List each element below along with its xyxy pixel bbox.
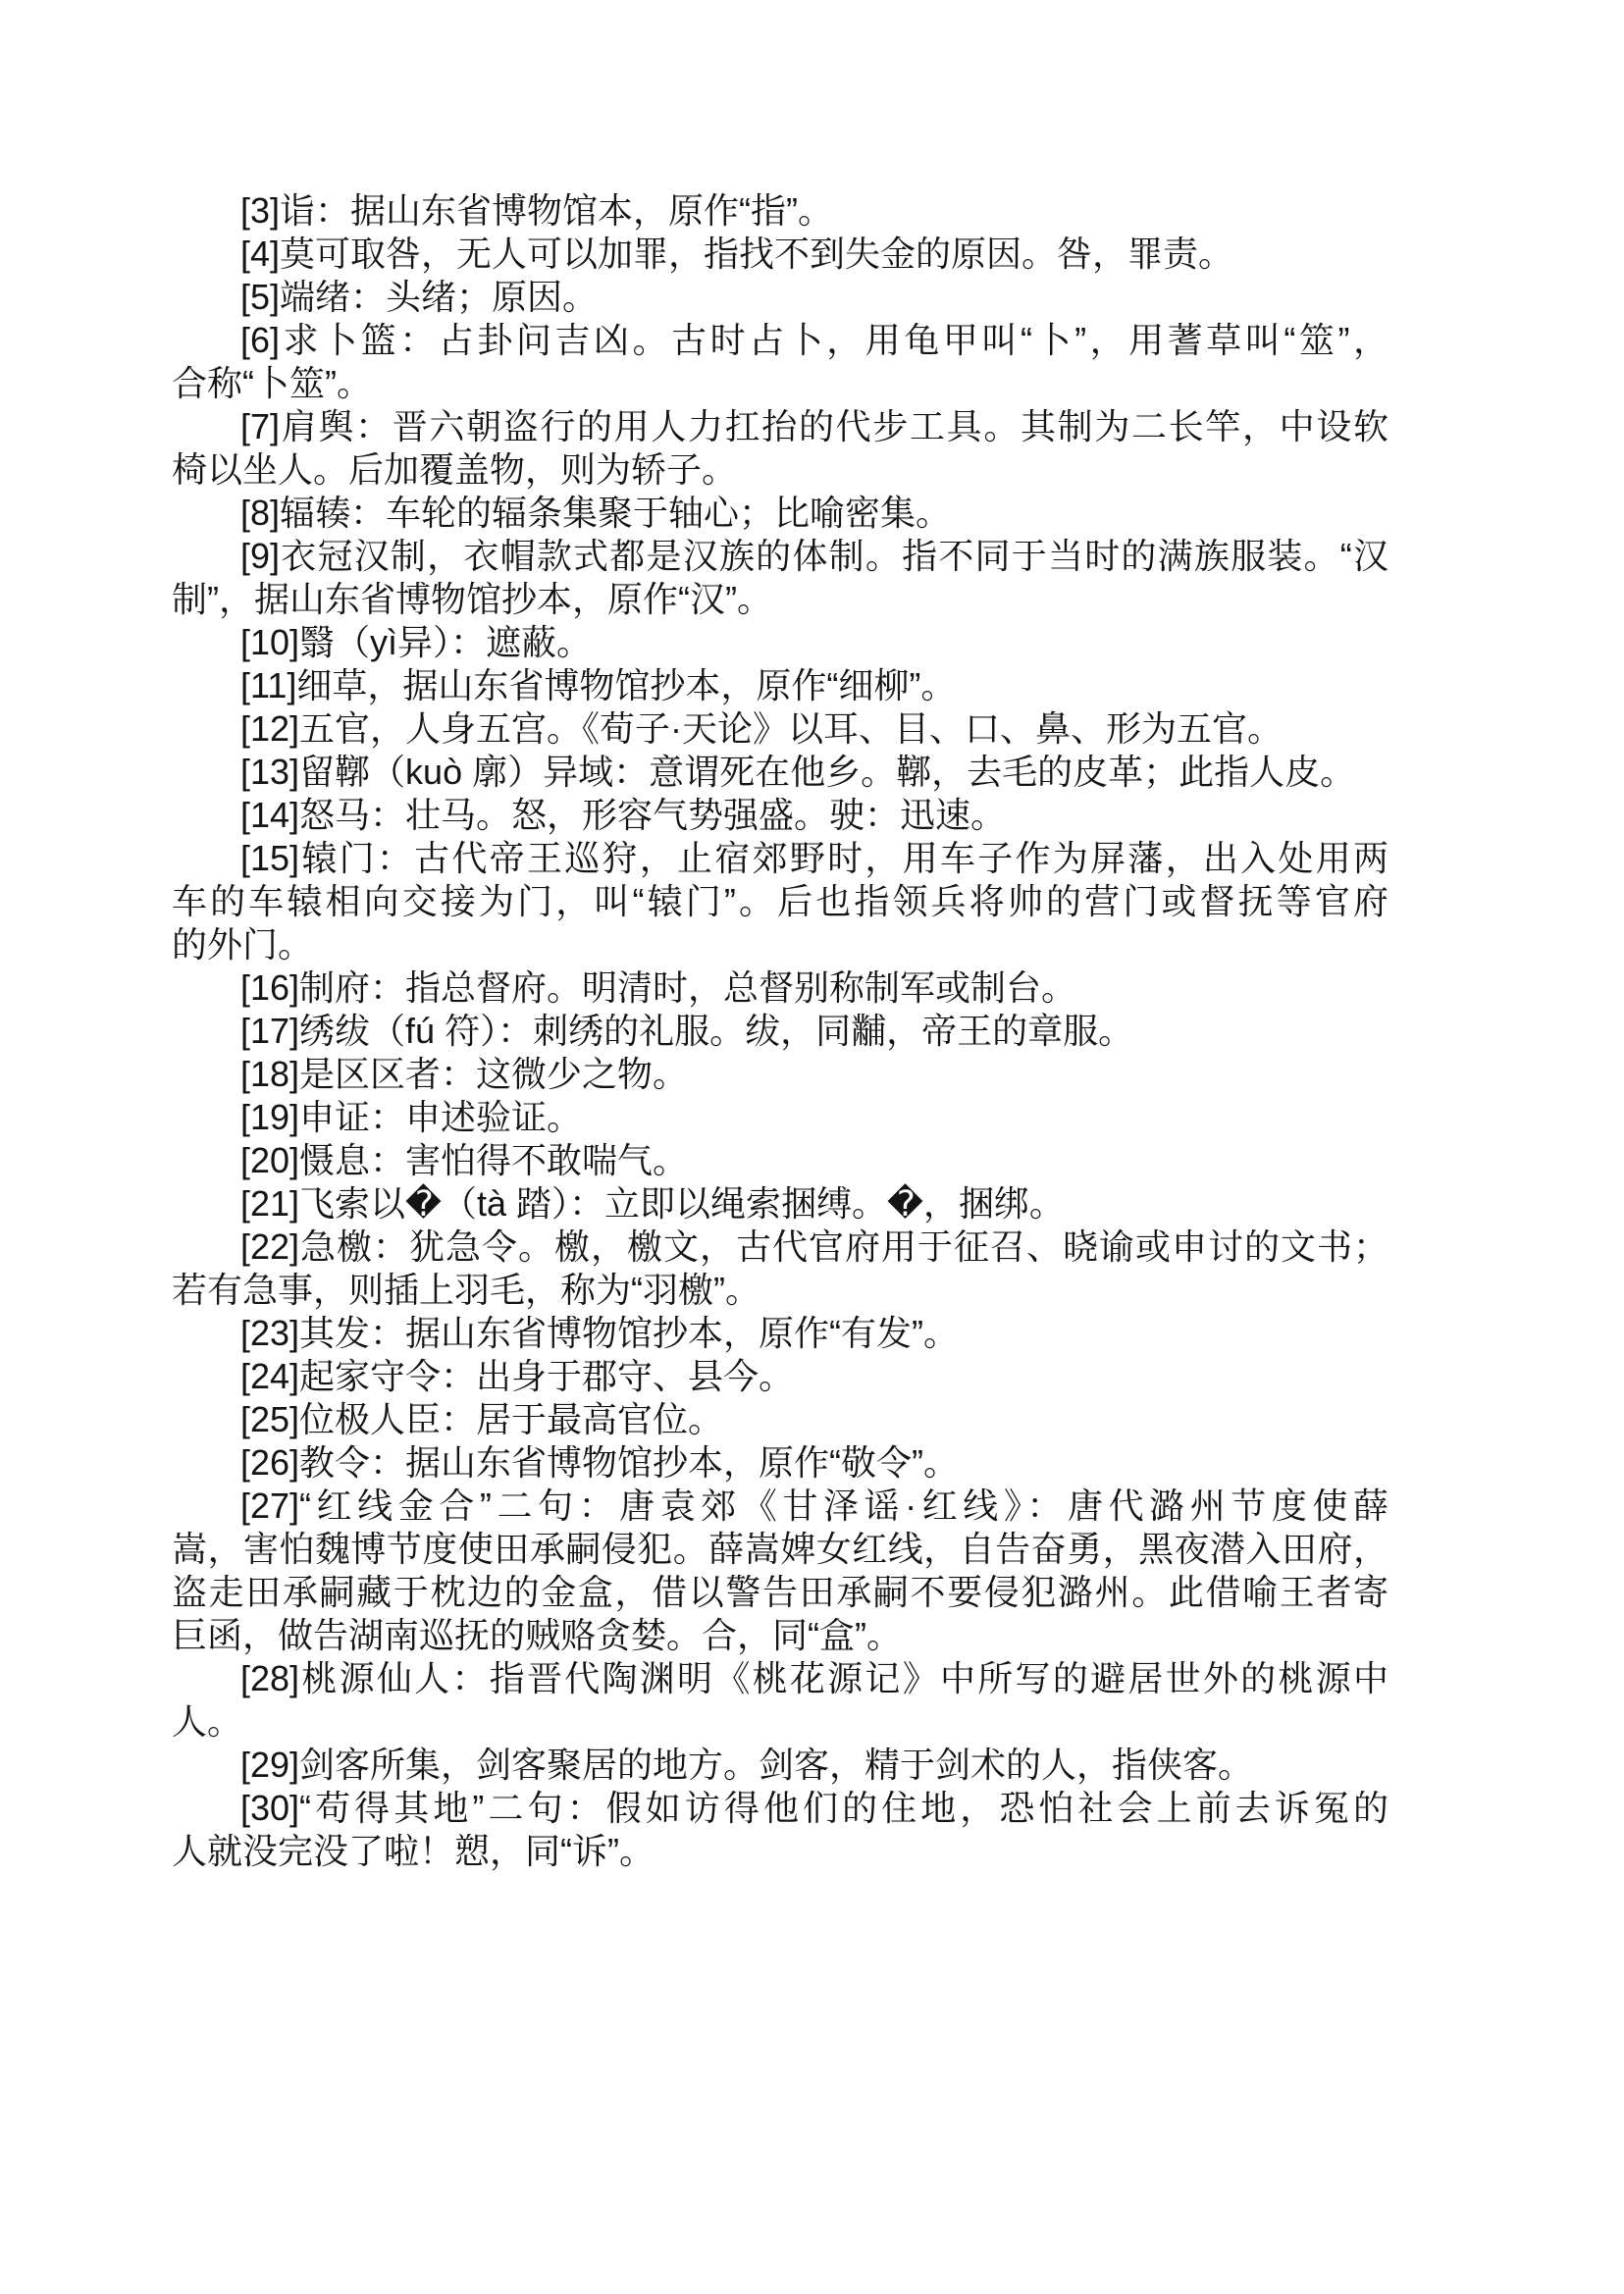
- annotation-line: [18]是区区者：这微少之物。: [172, 1053, 1388, 1096]
- annotations-list: [3]诣：据山东省博物馆本，原作“指”。[4]莫可取咎，无人可以加罪，指找不到失…: [172, 189, 1388, 1873]
- annotation-line: 制”，据山东省博物馆抄本，原作“汉”。: [172, 578, 1388, 621]
- annotation-line: [15]辕门：古代帝王巡狩，止宿郊野时，用车子作为屏藩，出入处用两: [172, 837, 1388, 880]
- annotation-line: [25]位极人臣：居于最高官位。: [172, 1398, 1388, 1441]
- annotation-line: [19]申证：申述验证。: [172, 1096, 1388, 1139]
- annotation-line: [6]求卜篮：占卦问吉凶。古时占卜，用龟甲叫“卜”，用蓍草叫“筮”，: [172, 319, 1388, 362]
- annotation-line: [12]五官，人身五宫。《荀子·天论》以耳、目、口、鼻、形为五官。: [172, 707, 1388, 751]
- annotation-line: [21]飞索以�（tà 踏）：立即以绳索捆缚。�，捆绑。: [172, 1182, 1388, 1225]
- annotation-line: [8]辐辏：车轮的辐条集聚于轴心；比喻密集。: [172, 492, 1388, 535]
- annotation-line: 合称“卜筮”。: [172, 362, 1388, 405]
- annotation-line: [13]留鞹（kuò 廓）异域：意谓死在他乡。鞹，去毛的皮革；此指人皮。: [172, 751, 1388, 794]
- annotation-line: [26]教令：据山东省博物馆抄本，原作“敬令”。: [172, 1441, 1388, 1485]
- annotation-line: [9]衣冠汉制，衣帽款式都是汉族的体制。指不同于当时的满族服装。“汉: [172, 535, 1388, 578]
- annotation-line: 椅以坐人。后加覆盖物，则为轿子。: [172, 448, 1388, 492]
- annotation-line: [7]肩舆：晋六朝盗行的用人力扛抬的代步工具。其制为二长竿，中设软: [172, 405, 1388, 448]
- annotation-line: [23]其发：据山东省博物馆抄本，原作“有发”。: [172, 1312, 1388, 1355]
- annotation-line: [27]“红线金合”二句：唐袁郊《甘泽谣·红线》：唐代潞州节度使薛: [172, 1485, 1388, 1528]
- annotation-line: 若有急事，则插上羽毛，称为“羽檄”。: [172, 1269, 1388, 1312]
- annotation-line: 巨函，做告湖南巡抚的贼赂贪婪。合，同“盒”。: [172, 1614, 1388, 1657]
- annotation-line: [14]怒马：壮马。怒，形容气势强盛。驶：迅速。: [172, 794, 1388, 837]
- annotation-line: [29]剑客所集，剑客聚居的地方。剑客，精于剑术的人，指侠客。: [172, 1744, 1388, 1787]
- annotation-line: 嵩，害怕魏博节度使田承嗣侵犯。薛嵩婢女红线，自告奋勇，黑夜潜入田府，: [172, 1528, 1388, 1571]
- annotation-line: [20]慑息：害怕得不敢喘气。: [172, 1139, 1388, 1182]
- annotation-line: 车的车辕相向交接为门，叫“辕门”。后也指领兵将帅的营门或督抚等官府: [172, 880, 1388, 923]
- annotation-line: [24]起家守令：出身于郡守、县今。: [172, 1355, 1388, 1398]
- annotation-line: [22]急檄：犹急令。檄，檄文，古代官府用于征召、晓谕或申讨的文书；: [172, 1225, 1388, 1269]
- annotation-line: [28]桃源仙人：指晋代陶渊明《桃花源记》中所写的避居世外的桃源中: [172, 1657, 1388, 1700]
- annotation-line: [11]细草，据山东省博物馆抄本，原作“细柳”。: [172, 664, 1388, 707]
- annotation-line: [16]制府：指总督府。明清时，总督别称制军或制台。: [172, 966, 1388, 1010]
- annotation-line: [30]“苟得其地”二句：假如访得他们的住地，恐怕社会上前去诉冤的: [172, 1787, 1388, 1830]
- annotation-line: [4]莫可取咎，无人可以加罪，指找不到失金的原因。咎，罪责。: [172, 233, 1388, 276]
- annotation-line: [10]翳（yì异）：遮蔽。: [172, 621, 1388, 664]
- annotation-line: 的外门。: [172, 923, 1388, 966]
- annotation-line: [17]绣绂（fú 符）：刺绣的礼服。绂，同黼，帝王的章服。: [172, 1010, 1388, 1053]
- annotation-line: 人就没完没了啦！愬，同“诉”。: [172, 1830, 1388, 1873]
- annotation-line: 盗走田承嗣藏于枕边的金盒，借以警告田承嗣不要侵犯潞州。此借喻王者寄: [172, 1571, 1388, 1614]
- annotation-line: [3]诣：据山东省博物馆本，原作“指”。: [172, 189, 1388, 233]
- document-page: [3]诣：据山东省博物馆本，原作“指”。[4]莫可取咎，无人可以加罪，指找不到失…: [0, 0, 1624, 2294]
- annotation-line: [5]端绪：头绪；原因。: [172, 276, 1388, 319]
- annotation-line: 人。: [172, 1700, 1388, 1744]
